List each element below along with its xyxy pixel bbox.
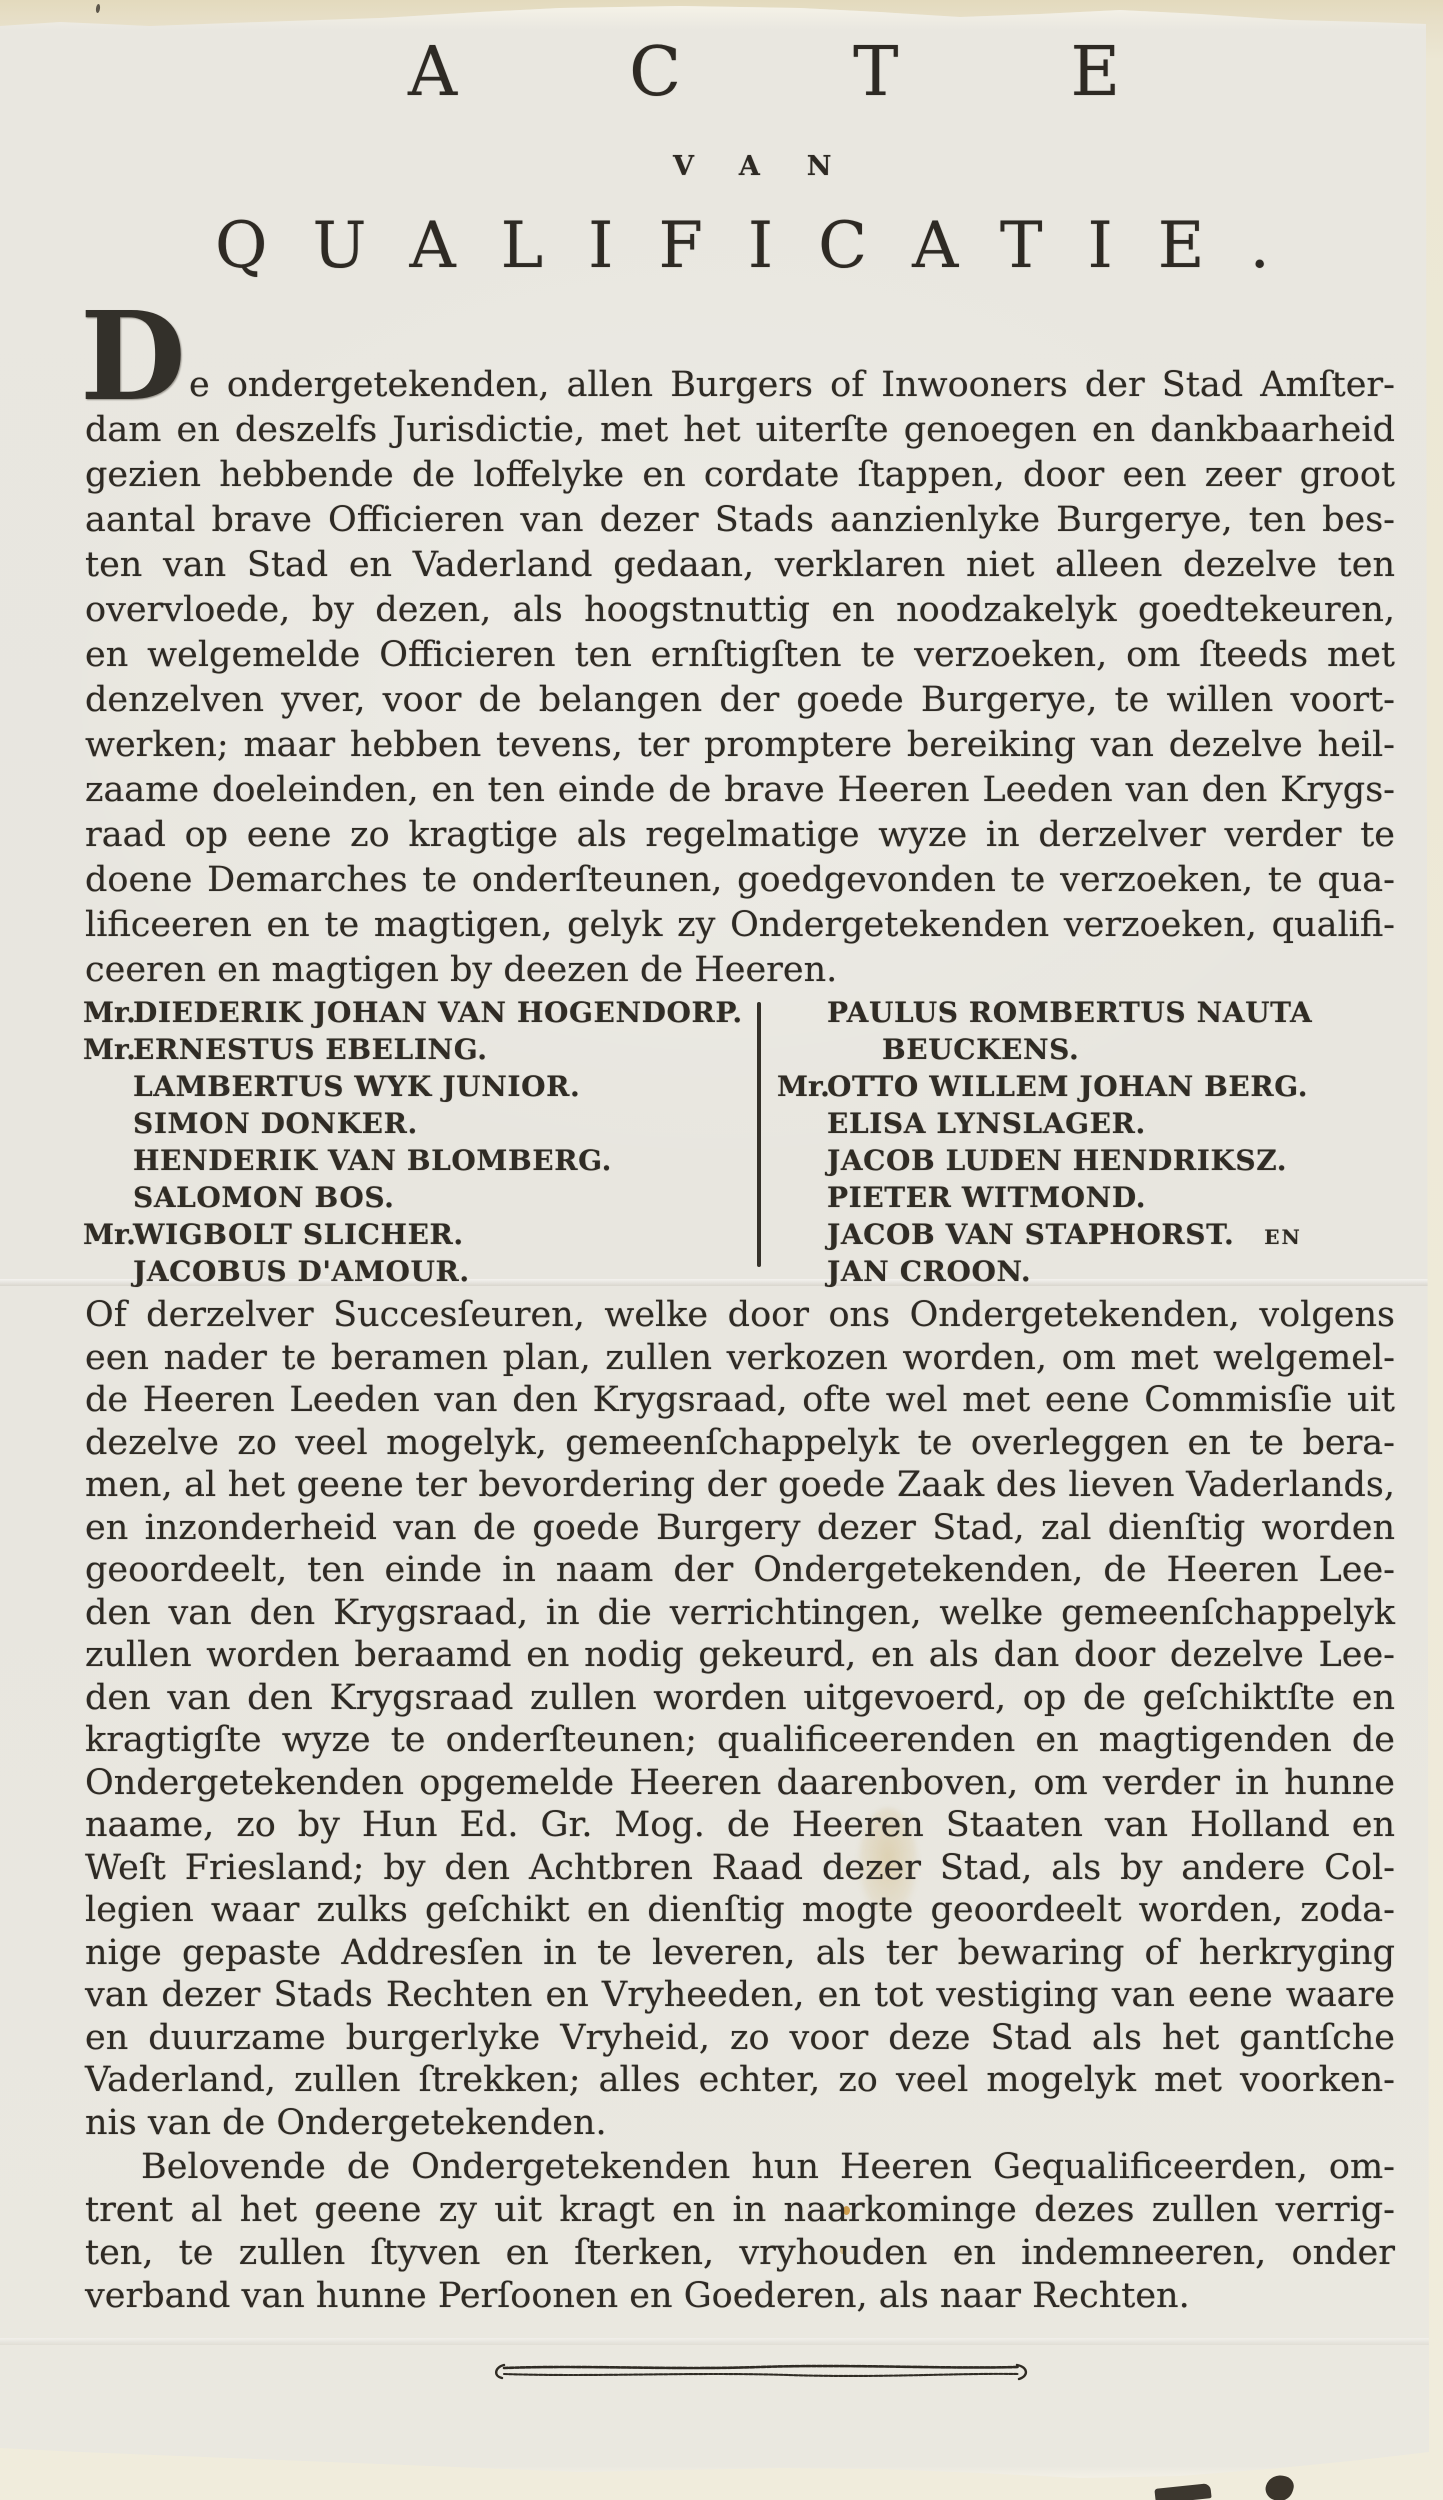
paragraph-line: kragtigſte wyze te onderſteunen; qualifi… bbox=[85, 1719, 1395, 1762]
opening-paragraph: e ondergetekenden, allen Burgers of Inwo… bbox=[85, 363, 1395, 993]
signatory-row: Mr.DIEDERIK JOHAN VAN HOGENDORP. bbox=[83, 994, 743, 1031]
paragraph-line: Of derzelver Succesſeuren, welke door on… bbox=[85, 1294, 1395, 1337]
signatory-name: JACOB VAN STAPHORST. bbox=[827, 1218, 1234, 1251]
document-scan: ACTE VAN QUALIFICATIE. D e ondergetekend… bbox=[0, 0, 1443, 2500]
signatory-row: PIETER WITMOND. bbox=[777, 1179, 1312, 1216]
signatory-row: LAMBERTUS WYK JUNIOR. bbox=[83, 1068, 743, 1105]
paragraph-line: ten van Stad en Vaderland gedaan, verkla… bbox=[85, 543, 1395, 588]
page-fragment bbox=[1154, 2483, 1211, 2500]
honorific: Mr. bbox=[83, 1031, 133, 1068]
paragraph-line: dam en deszelfs Jurisdictie, met het uit… bbox=[85, 408, 1395, 453]
paragraph-line: verband van hunne Perſoonen en Goederen,… bbox=[85, 2275, 1395, 2318]
paragraph-line: Belovende de Ondergetekenden hun Heeren … bbox=[85, 2146, 1395, 2189]
paragraph-line: dezelve zo veel mogelyk, gemeenſchappely… bbox=[85, 1422, 1395, 1465]
page-fragment bbox=[1263, 2471, 1297, 2500]
paragraph-line: Weſt Friesland; by den Achtbren Raad dez… bbox=[85, 1847, 1395, 1890]
paper-speck bbox=[95, 4, 100, 13]
resolution-paragraph: Of derzelver Succesſeuren, welke door on… bbox=[85, 1294, 1395, 2144]
paragraph-line: Ondergetekenden opgemelde Heeren daarenb… bbox=[85, 1762, 1395, 1805]
honorific: Mr. bbox=[83, 1216, 133, 1253]
signatory-row: Mr.WIGBOLT SLICHER. bbox=[83, 1216, 743, 1253]
paragraph-line: en welgemelde Officieren ten ernſtigſten… bbox=[85, 633, 1395, 678]
signatory-row: HENDERIK VAN BLOMBERG. bbox=[83, 1142, 743, 1179]
signatory-row: BEUCKENS. bbox=[777, 1031, 1312, 1068]
signatory-row: JACOB LUDEN HENDRIKSZ. bbox=[777, 1142, 1312, 1179]
signatory-name: ELISA LYNSLAGER. bbox=[827, 1107, 1146, 1140]
paragraph-line: en duurzame burgerlyke Vryheid, zo voor … bbox=[85, 2017, 1395, 2060]
paragraph-line: doene Demarches te onderſteunen, goedgev… bbox=[85, 858, 1395, 903]
signatory-name: LAMBERTUS WYK JUNIOR. bbox=[133, 1070, 580, 1103]
signatory-name: PAULUS ROMBERTUS NAUTA bbox=[827, 996, 1312, 1029]
paragraph-line: werken; maar hebben tevens, ter prompter… bbox=[85, 723, 1395, 768]
paragraph-line: geoordeelt, ten einde in naam der Onderg… bbox=[85, 1549, 1395, 1592]
signatory-name: PIETER WITMOND. bbox=[827, 1181, 1146, 1214]
paragraph-line: e ondergetekenden, allen Burgers of Inwo… bbox=[85, 363, 1395, 408]
signatory-name: OTTO WILLEM JOHAN BERG. bbox=[827, 1070, 1308, 1103]
paragraph-line: ceeren en magtigen by deezen de Heeren. bbox=[85, 948, 1395, 993]
signatory-name: WIGBOLT SLICHER. bbox=[133, 1218, 464, 1251]
signatory-name: SIMON DONKER. bbox=[133, 1107, 418, 1140]
heading-qualificatie: QUALIFICATIE. bbox=[215, 212, 1315, 280]
page-title: ACTE bbox=[408, 38, 1292, 108]
closing-paragraph: Belovende de Ondergetekenden hun Heeren … bbox=[85, 2146, 1395, 2318]
signatory-row: ELISA LYNSLAGER. bbox=[777, 1105, 1312, 1142]
paragraph-line: zaame doeleinden, en ten einde de brave … bbox=[85, 768, 1395, 813]
signatory-name: JACOBUS D'AMOUR. bbox=[133, 1255, 470, 1288]
signatories-left-column: Mr.DIEDERIK JOHAN VAN HOGENDORP. Mr.ERNE… bbox=[83, 994, 743, 1290]
signatory-row: SALOMON BOS. bbox=[83, 1179, 743, 1216]
honorific: Mr. bbox=[83, 994, 133, 1031]
paragraph-line: naame, zo by Hun Ed. Gr. Mog. de Heeren … bbox=[85, 1804, 1395, 1847]
signatory-row: Mr.ERNESTUS EBELING. bbox=[83, 1031, 743, 1068]
paragraph-line: Vaderland, zullen ſtrekken; alles echter… bbox=[85, 2059, 1395, 2102]
paragraph-line: nis van de Ondergetekenden. bbox=[85, 2102, 1395, 2145]
signatory-row: Mr.OTTO WILLEM JOHAN BERG. bbox=[777, 1068, 1312, 1105]
paragraph-line: zullen worden beraamd en nodig gekeurd, … bbox=[85, 1634, 1395, 1677]
paragraph-line: en inzonderheid van de goede Burgery dez… bbox=[85, 1507, 1395, 1550]
paragraph-line: legien waar zulks geſchikt en dienſtig m… bbox=[85, 1889, 1395, 1932]
conjunction-en: EN bbox=[1264, 1225, 1302, 1249]
column-divider-rule bbox=[757, 1002, 761, 1267]
fold-crease bbox=[0, 2338, 1430, 2345]
paragraph-line: aantal brave Officieren van dezer Stads … bbox=[85, 498, 1395, 543]
paragraph-line: nige gepaste Addresſen in te leveren, al… bbox=[85, 1932, 1395, 1975]
paragraph-line: lificeeren en te magtigen, gelyk zy Onde… bbox=[85, 903, 1395, 948]
paragraph-line: raad op eene zo kragtige als regelmatige… bbox=[85, 813, 1395, 858]
signatory-name: HENDERIK VAN BLOMBERG. bbox=[133, 1144, 612, 1177]
paragraph-line: denzelven yver, voor de belangen der goe… bbox=[85, 678, 1395, 723]
signatory-name: ERNESTUS EBELING. bbox=[133, 1033, 488, 1066]
signatory-name: BEUCKENS. bbox=[827, 1033, 1079, 1066]
signatory-name: SALOMON BOS. bbox=[133, 1181, 395, 1214]
signatory-row: PAULUS ROMBERTUS NAUTA bbox=[777, 994, 1312, 1031]
paragraph-line: den van den Krygsraad, in die verrichtin… bbox=[85, 1592, 1395, 1635]
paragraph-line: van dezer Stads Rechten en Vryheeden, en… bbox=[85, 1974, 1395, 2017]
signatory-name: JAN CROON. bbox=[827, 1255, 1031, 1288]
signatory-row: JAN CROON. bbox=[777, 1253, 1312, 1290]
signatories-right-column: PAULUS ROMBERTUS NAUTA BEUCKENS. Mr.OTTO… bbox=[777, 994, 1312, 1290]
paragraph-line: men, al het geene ter bevordering der go… bbox=[85, 1464, 1395, 1507]
paper-sheet: ACTE VAN QUALIFICATIE. D e ondergetekend… bbox=[0, 0, 1430, 2480]
paragraph-line: den van den Krygsraad zullen worden uitg… bbox=[85, 1677, 1395, 1720]
paragraph-line: overvloede, by dezen, als hoogstnuttig e… bbox=[85, 588, 1395, 633]
signatory-name: DIEDERIK JOHAN VAN HOGENDORP. bbox=[133, 996, 743, 1029]
honorific: Mr. bbox=[777, 1068, 827, 1105]
paragraph-line: ten, te zullen ſtyven en ſterken, vryhou… bbox=[85, 2232, 1395, 2275]
paragraph-line: gezien hebbende de loffelyke en cordate … bbox=[85, 453, 1395, 498]
paragraph-line: de Heeren Leeden van den Krygsraad, ofte… bbox=[85, 1379, 1395, 1422]
paragraph-line: een nader te beramen plan, zullen verkoz… bbox=[85, 1337, 1395, 1380]
signatory-row: SIMON DONKER. bbox=[83, 1105, 743, 1142]
signatory-row: JACOB VAN STAPHORST.EN bbox=[777, 1216, 1312, 1253]
signatory-row: JACOBUS D'AMOUR. bbox=[83, 1253, 743, 1290]
ornament-rule bbox=[488, 2362, 1033, 2382]
signatory-name: JACOB LUDEN HENDRIKSZ. bbox=[827, 1144, 1287, 1177]
heading-van: VAN bbox=[673, 152, 878, 182]
paragraph-line: trent al het geene zy uit kragt en in na… bbox=[85, 2189, 1395, 2232]
